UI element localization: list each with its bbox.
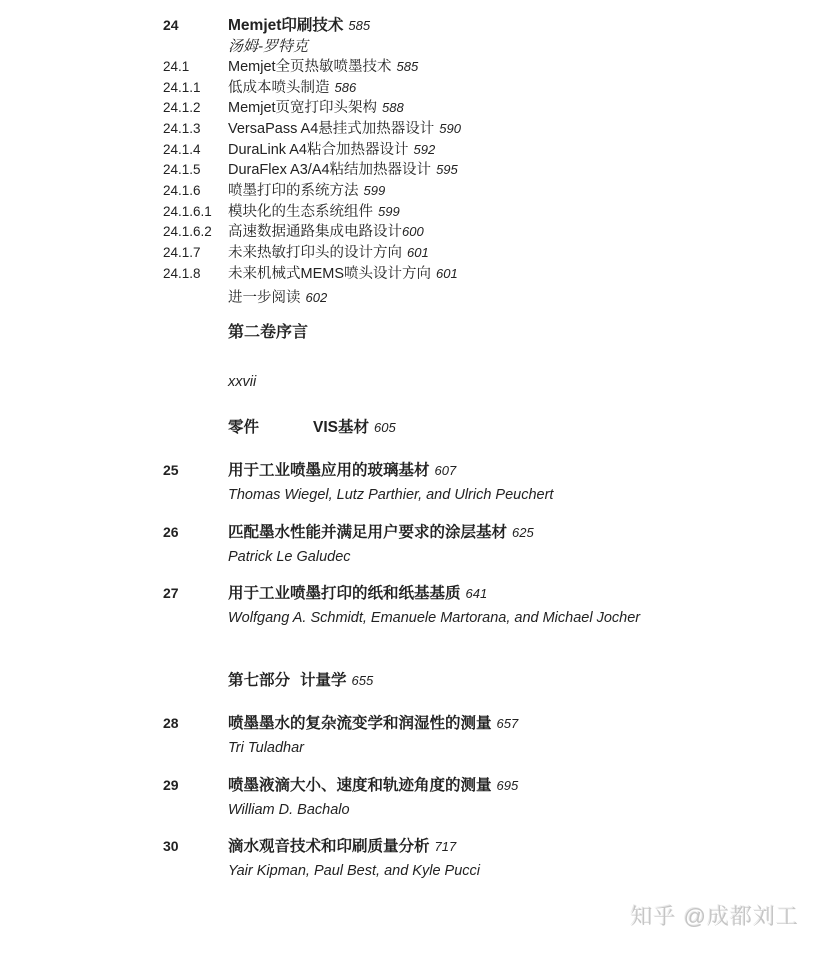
chapter-number: 24 <box>163 15 228 35</box>
section-title: 未来热敏打印头的设计方向 <box>228 245 402 261</box>
page-number: 717 <box>435 839 457 854</box>
toc-row: 24.1.8未来机械式MEMS喷头设计方向601 <box>163 264 461 285</box>
page-number: 585 <box>397 59 419 74</box>
page-number: 625 <box>512 525 534 540</box>
section-title: 喷墨打印的系统方法 <box>228 183 359 199</box>
page-number: 595 <box>436 162 458 177</box>
page-number: 599 <box>378 204 400 219</box>
chapter-heading-row: 24Memjet印刷技术585 <box>163 15 461 36</box>
page-number: 695 <box>497 778 519 793</box>
section-number: 24.1.7 <box>163 243 228 263</box>
page-number: 655 <box>352 673 374 688</box>
chapter-title: Memjet印刷技术 <box>228 17 343 34</box>
page-number: 600 <box>402 224 424 239</box>
chapter-number: 30 <box>163 836 228 856</box>
chapter-number: 27 <box>163 583 228 603</box>
chapter-list-substrates: 25用于工业喷墨应用的玻璃基材607 Thomas Wiegel, Lutz P… <box>163 460 640 645</box>
section-title: 低成本喷头制造 <box>228 80 330 96</box>
part-label: 零件 <box>228 417 313 438</box>
page-number: 585 <box>348 18 370 33</box>
section-title: VersaPass A4悬挂式加热器设计 <box>228 121 434 137</box>
section-number: 24.1.6 <box>163 181 228 201</box>
chapter-title: 匹配墨水性能并满足用户要求的涂层基材 <box>228 524 507 541</box>
section-number: 24.1.6.2 <box>163 222 228 242</box>
chapter-author: 汤姆-罗特克 <box>228 36 461 57</box>
toc-row: 24.1.5DuraFlex A3/A4粘结加热器设计595 <box>163 160 461 181</box>
section-title: DuraLink A4粘合加热器设计 <box>228 142 409 158</box>
toc-row: 24.1Memjet全页热敏喷墨技术585 <box>163 57 461 78</box>
chapter-heading-row: 29喷墨液滴大小、速度和轨迹角度的测量695 <box>163 775 518 796</box>
chapter-authors: Wolfgang A. Schmidt, Emanuele Martorana,… <box>228 608 640 628</box>
part-heading-substrates: 零件VIS基材605 <box>228 417 396 438</box>
chapter-heading-row: 26匹配墨水性能并满足用户要求的涂层基材625 <box>163 522 640 543</box>
roman-page-number: xxvii <box>228 372 256 392</box>
section-title: 未来机械式MEMS喷头设计方向 <box>228 266 431 282</box>
chapter-entry: 25用于工业喷墨应用的玻璃基材607 Thomas Wiegel, Lutz P… <box>163 460 640 505</box>
toc-row: 24.1.3VersaPass A4悬挂式加热器设计590 <box>163 119 461 140</box>
page-number: 586 <box>335 80 357 95</box>
page-number: 592 <box>414 142 436 157</box>
section-number: 24.1.3 <box>163 119 228 139</box>
toc-row: 24.1.1低成本喷头制造586 <box>163 78 461 99</box>
page-number: 599 <box>364 183 386 198</box>
chapter-entry: 28喷墨墨水的复杂流变学和润湿性的测量657 Tri Tuladhar <box>163 713 518 758</box>
chapter-title: 喷墨墨水的复杂流变学和润湿性的测量 <box>228 715 492 732</box>
toc-row: 24.1.6.1模块化的生态系统组件599 <box>163 202 461 223</box>
chapter-authors: Tri Tuladhar <box>228 738 518 758</box>
chapter-entry: 27用于工业喷墨打印的纸和纸基基质641 Wolfgang A. Schmidt… <box>163 583 640 628</box>
section-number: 24.1.8 <box>163 264 228 284</box>
chapter-entry: 26匹配墨水性能并满足用户要求的涂层基材625 Patrick Le Galud… <box>163 522 640 567</box>
chapter-title: 滴水观音技术和印刷质量分析 <box>228 838 430 855</box>
section-title: 高速数据通路集成电路设计 <box>228 224 402 240</box>
section-number: 24.1 <box>163 57 228 77</box>
chapter-entry: 30滴水观音技术和印刷质量分析717 Yair Kipman, Paul Bes… <box>163 836 518 881</box>
page-number: 602 <box>306 290 328 305</box>
section-title: DuraFlex A3/A4粘结加热器设计 <box>228 162 431 178</box>
page-number: 590 <box>439 121 461 136</box>
section-title: 模块化的生态系统组件 <box>228 204 373 220</box>
section-number: 24.1.5 <box>163 160 228 180</box>
toc-row: 24.1.4DuraLink A4粘合加热器设计592 <box>163 140 461 161</box>
toc-row: 24.1.6.2高速数据通路集成电路设计600 <box>163 222 461 243</box>
chapter-24-sections: 24.1Memjet全页热敏喷墨技术585 24.1.1低成本喷头制造586 2… <box>163 57 461 309</box>
toc-row: 24.1.2Memjet页宽打印头架构588 <box>163 98 461 119</box>
toc-row: 24.1.6喷墨打印的系统方法599 <box>163 181 461 202</box>
chapter-number: 26 <box>163 522 228 542</box>
chapter-authors: Patrick Le Galudec <box>228 547 640 567</box>
toc-row: 进一步阅读602 <box>163 288 461 309</box>
chapter-authors: Yair Kipman, Paul Best, and Kyle Pucci <box>228 861 518 881</box>
page-number: 601 <box>436 266 458 281</box>
chapter-number: 29 <box>163 775 228 795</box>
section-number: 24.1.2 <box>163 98 228 118</box>
page-number: 601 <box>407 245 429 260</box>
chapter-entry: 29喷墨液滴大小、速度和轨迹角度的测量695 William D. Bachal… <box>163 775 518 820</box>
chapter-heading-row: 25用于工业喷墨应用的玻璃基材607 <box>163 460 640 481</box>
page-number: 607 <box>435 463 457 478</box>
page-number: 605 <box>374 420 396 435</box>
part-heading-metrology: 第七部分计量学655 <box>228 670 373 691</box>
chapter-heading-row: 28喷墨墨水的复杂流变学和润湿性的测量657 <box>163 713 518 734</box>
toc-row: 24.1.7未来热敏打印头的设计方向601 <box>163 243 461 264</box>
section-number: 24.1.1 <box>163 78 228 98</box>
chapter-title: 用于工业喷墨打印的纸和纸基基质 <box>228 585 461 602</box>
chapter-authors: William D. Bachalo <box>228 800 518 820</box>
part-label: 第七部分 <box>228 670 300 691</box>
chapter-authors: Thomas Wiegel, Lutz Parthier, and Ulrich… <box>228 485 640 505</box>
section-number: 24.1.6.1 <box>163 202 228 222</box>
chapter-number: 25 <box>163 460 228 480</box>
preface-heading: 第二卷序言 <box>228 322 308 344</box>
chapter-24-block: 24Memjet印刷技术585 汤姆-罗特克 24.1Memjet全页热敏喷墨技… <box>163 15 461 309</box>
page-number: 657 <box>497 716 519 731</box>
chapter-title: 喷墨液滴大小、速度和轨迹角度的测量 <box>228 777 492 794</box>
section-title: Memjet全页热敏喷墨技术 <box>228 59 392 75</box>
part-title: 计量学 <box>300 672 347 689</box>
section-number: 24.1.4 <box>163 140 228 160</box>
chapter-list-metrology: 28喷墨墨水的复杂流变学和润湿性的测量657 Tri Tuladhar 29喷墨… <box>163 713 518 898</box>
page-number: 641 <box>466 586 488 601</box>
chapter-title: 用于工业喷墨应用的玻璃基材 <box>228 462 430 479</box>
chapter-heading-row: 30滴水观音技术和印刷质量分析717 <box>163 836 518 857</box>
section-title: Memjet页宽打印头架构 <box>228 100 377 116</box>
chapter-heading-row: 27用于工业喷墨打印的纸和纸基基质641 <box>163 583 640 604</box>
page-number: 588 <box>382 100 404 115</box>
zhihu-watermark: 知乎 @成都刘工 <box>631 900 799 931</box>
toc-page: 24Memjet印刷技术585 汤姆-罗特克 24.1Memjet全页热敏喷墨技… <box>0 0 819 954</box>
section-title: 进一步阅读 <box>228 290 301 306</box>
chapter-number: 28 <box>163 713 228 733</box>
part-title: VIS基材 <box>313 419 369 436</box>
